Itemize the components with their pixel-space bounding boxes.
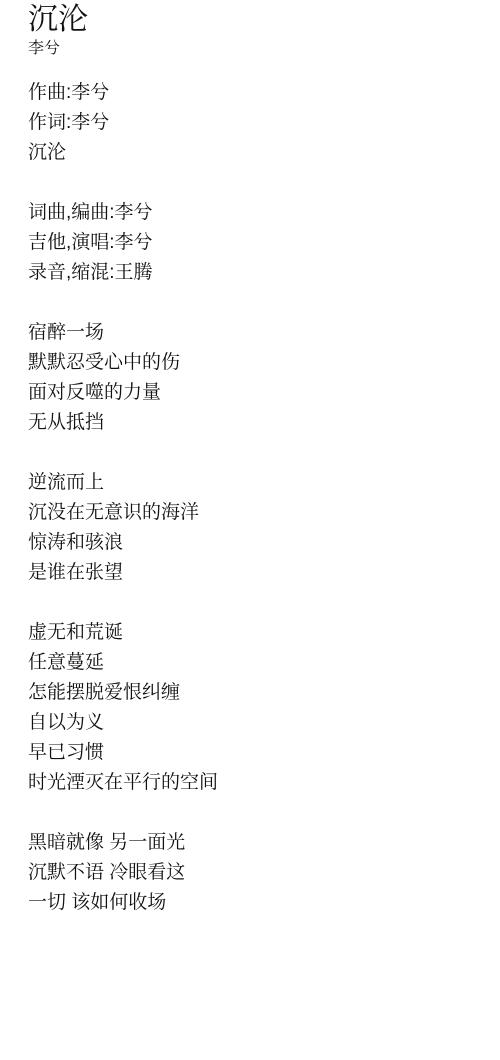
artist-name: 李兮 (28, 38, 480, 60)
lyric-line: 默默忍受心中的伤 (28, 348, 480, 378)
lyric-line: 黑暗就像 另一面光 (28, 828, 480, 858)
lyric-line: 宿醉一场 (28, 318, 480, 348)
song-title: 沉沦 (28, 2, 480, 38)
lyric-line: 自以为义 (28, 708, 480, 738)
lyric-line-blank (28, 168, 480, 198)
lyric-line-blank (28, 288, 480, 318)
lyric-line: 是谁在张望 (28, 558, 480, 588)
lyric-line: 虚无和荒诞 (28, 618, 480, 648)
lyric-line: 早已习惯 (28, 738, 480, 768)
lyrics-page: 沉沦 李兮 作曲:李兮 作词:李兮 沉沦 词曲,编曲:李兮 吉他,演唱:李兮 录… (0, 0, 500, 918)
lyric-line: 沉沦 (28, 138, 480, 168)
lyric-line: 沉默不语 冷眼看这 (28, 858, 480, 888)
lyric-line: 面对反噬的力量 (28, 378, 480, 408)
lyric-line: 惊涛和骇浪 (28, 528, 480, 558)
lyric-line: 逆流而上 (28, 468, 480, 498)
lyric-line: 词曲,编曲:李兮 (28, 198, 480, 228)
lyric-line: 吉他,演唱:李兮 (28, 228, 480, 258)
lyric-line: 录音,缩混:王腾 (28, 258, 480, 288)
lyric-line: 无从抵挡 (28, 408, 480, 438)
lyric-line: 怎能摆脱爱恨纠缠 (28, 678, 480, 708)
lyric-line: 作曲:李兮 (28, 78, 480, 108)
lyric-line: 时光湮灭在平行的空间 (28, 768, 480, 798)
lyric-line: 一切 该如何收场 (28, 888, 480, 918)
lyric-line: 沉没在无意识的海洋 (28, 498, 480, 528)
lyric-line: 作词:李兮 (28, 108, 480, 138)
lyric-line: 任意蔓延 (28, 648, 480, 678)
lyric-line-blank (28, 798, 480, 828)
lyric-line-blank (28, 588, 480, 618)
lyrics-block: 作曲:李兮 作词:李兮 沉沦 词曲,编曲:李兮 吉他,演唱:李兮 录音,缩混:王… (28, 78, 480, 918)
lyric-line-blank (28, 438, 480, 468)
